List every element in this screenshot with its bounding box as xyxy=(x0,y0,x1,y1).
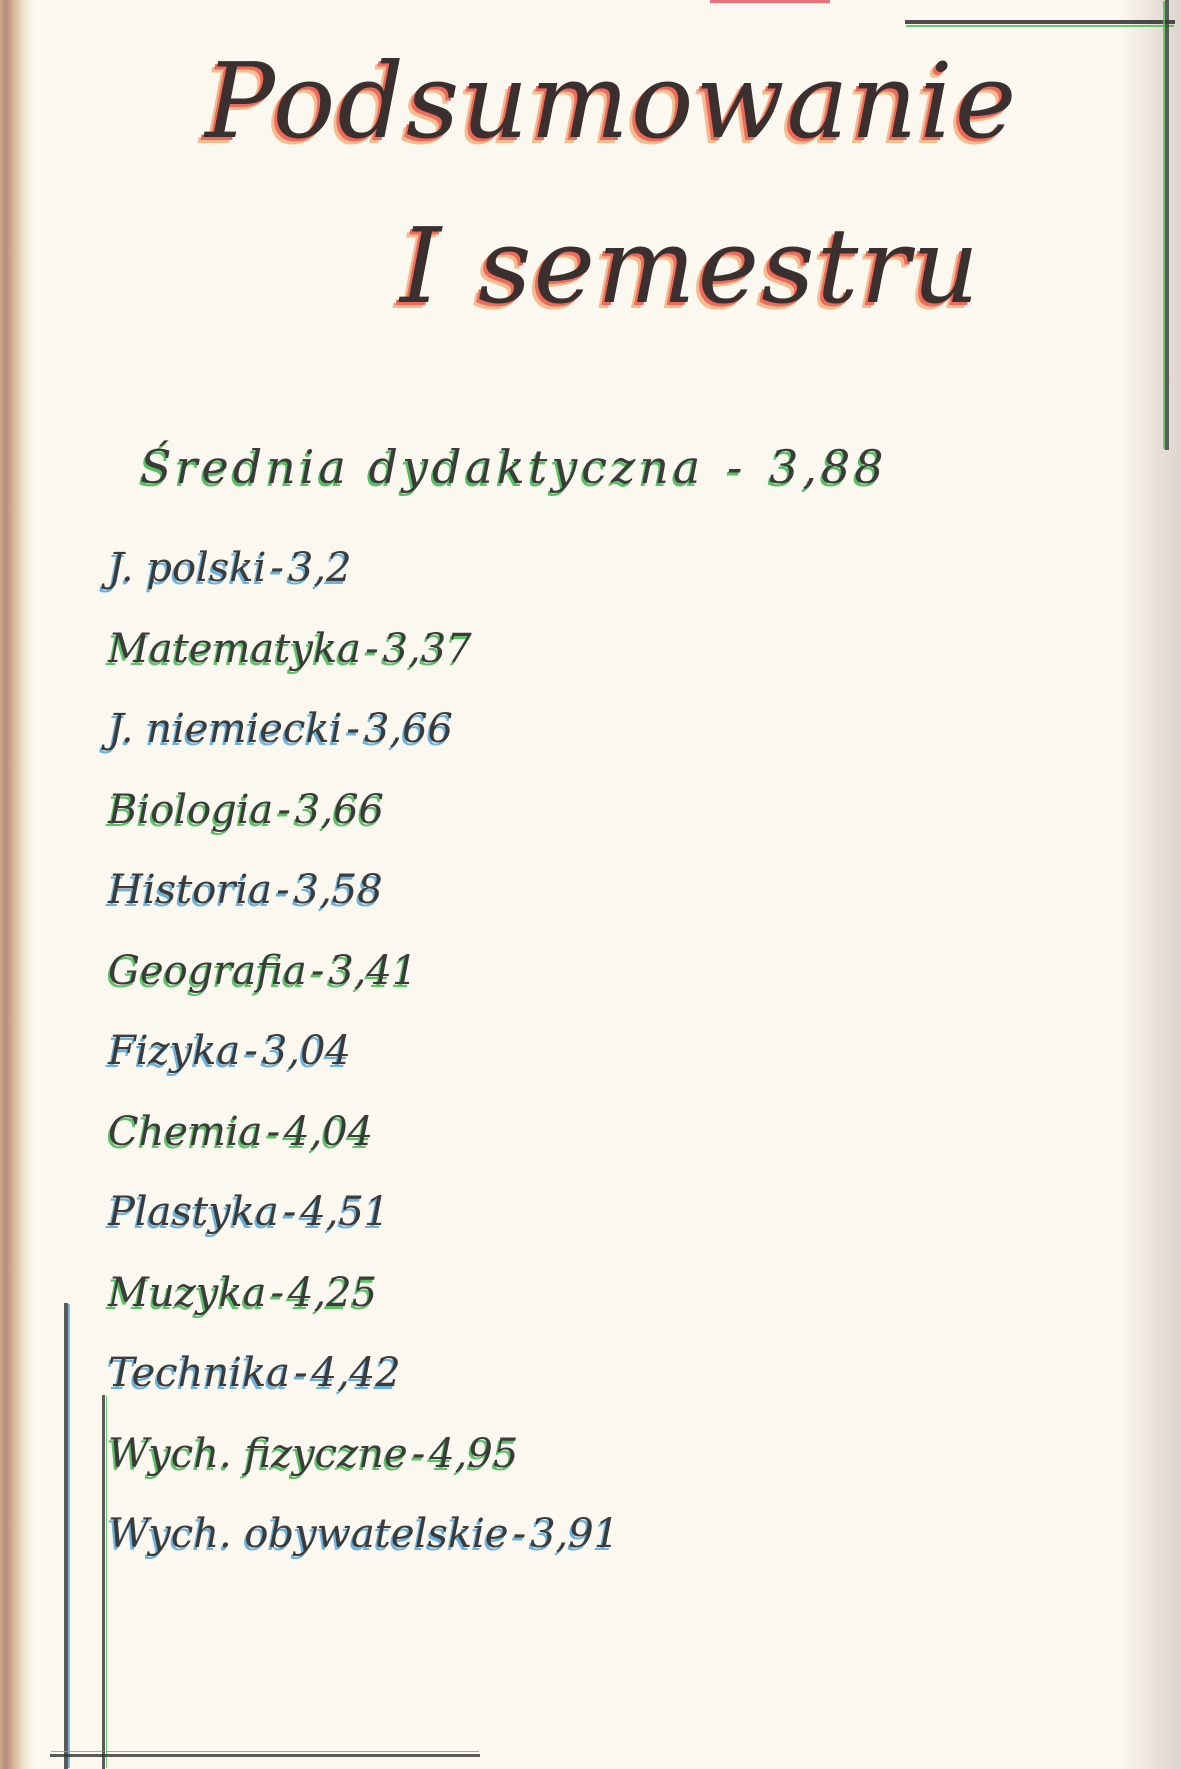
separator: - xyxy=(263,1109,285,1155)
separator: - xyxy=(272,867,294,913)
separator: - xyxy=(342,706,364,752)
subject-name: J. polski xyxy=(108,545,266,591)
subject-grade: 3,41 xyxy=(328,948,417,994)
subject-name: Muzyka xyxy=(108,1270,266,1316)
overall-average-label: Średnia dydaktyczna xyxy=(140,440,704,494)
decorative-rule-red xyxy=(710,0,830,3)
subject-name: J. niemiecki xyxy=(108,706,342,752)
subject-grade: 3,66 xyxy=(364,706,453,752)
separator: - xyxy=(266,1270,288,1316)
subject-grade: 3,04 xyxy=(262,1028,351,1074)
grade-row: Muzyka-4,25 xyxy=(108,1263,619,1344)
grade-row: Plastyka-4,51 xyxy=(108,1182,619,1263)
grade-row: J. niemiecki-3,66 xyxy=(108,699,619,780)
overall-average: Średnia dydaktyczna - 3,88 xyxy=(140,440,887,494)
subject-name: Matematyka xyxy=(108,626,361,672)
separator: - xyxy=(273,787,295,833)
grade-row: Chemia-4,04 xyxy=(108,1102,619,1183)
decorative-rule-left-outer xyxy=(64,1303,68,1769)
grade-row: Fizyka-3,04 xyxy=(108,1021,619,1102)
separator: - xyxy=(290,1350,312,1396)
subject-grade: 4,95 xyxy=(429,1431,518,1477)
separator: - xyxy=(266,545,288,591)
subject-grade: 4,25 xyxy=(288,1270,377,1316)
subject-name: Wych. fizyczne xyxy=(108,1431,408,1477)
grade-row: Wych. obywatelskie-3,91 xyxy=(108,1504,619,1585)
grade-row: Biologia-3,66 xyxy=(108,780,619,861)
separator: - xyxy=(723,440,751,494)
separator: - xyxy=(509,1511,531,1557)
subject-name: Historia xyxy=(108,867,272,913)
overall-average-value: 3,88 xyxy=(769,440,887,494)
subject-name: Plastyka xyxy=(108,1189,279,1235)
subject-name: Biologia xyxy=(108,787,273,833)
subject-name: Fizyka xyxy=(108,1028,240,1074)
grade-row: Matematyka-3,37 xyxy=(108,619,619,700)
subject-grades-list: J. polski-3,2 Matematyka-3,37 J. niemiec… xyxy=(108,538,619,1585)
subject-grade: 4,42 xyxy=(312,1350,401,1396)
decorative-rule-left-inner xyxy=(102,1395,105,1769)
grade-row: Wych. fizyczne-4,95 xyxy=(108,1424,619,1505)
grade-row: J. polski-3,2 xyxy=(108,538,619,619)
subject-grade: 3,37 xyxy=(383,626,472,672)
subject-grade: 3,2 xyxy=(288,545,352,591)
subject-name: Wych. obywatelskie xyxy=(108,1511,509,1557)
decorative-rule-top xyxy=(905,20,1175,24)
separator: - xyxy=(279,1189,301,1235)
subject-name: Geografia xyxy=(108,948,307,994)
separator: - xyxy=(307,948,329,994)
page-title: Podsumowanie xyxy=(205,40,1018,162)
notebook-page: Podsumowanie I semestru Średnia dydaktyc… xyxy=(0,0,1181,1769)
grade-row: Historia-3,58 xyxy=(108,860,619,941)
separator: - xyxy=(361,626,383,672)
grade-row: Technika-4,42 xyxy=(108,1343,619,1424)
decorative-rule-bottom xyxy=(50,1754,480,1757)
subject-name: Technika xyxy=(108,1350,290,1396)
subject-grade: 3,66 xyxy=(295,787,384,833)
subject-grade: 4,51 xyxy=(300,1189,389,1235)
subject-grade: 3,91 xyxy=(530,1511,619,1557)
subject-name: Chemia xyxy=(108,1109,263,1155)
grade-row: Geografia-3,41 xyxy=(108,941,619,1022)
separator: - xyxy=(240,1028,262,1074)
subject-grade: 4,04 xyxy=(284,1109,373,1155)
separator: - xyxy=(408,1431,430,1477)
page-subtitle: I semestru xyxy=(400,205,981,327)
subject-grade: 3,58 xyxy=(294,867,383,913)
decorative-rule-right xyxy=(1165,0,1169,450)
